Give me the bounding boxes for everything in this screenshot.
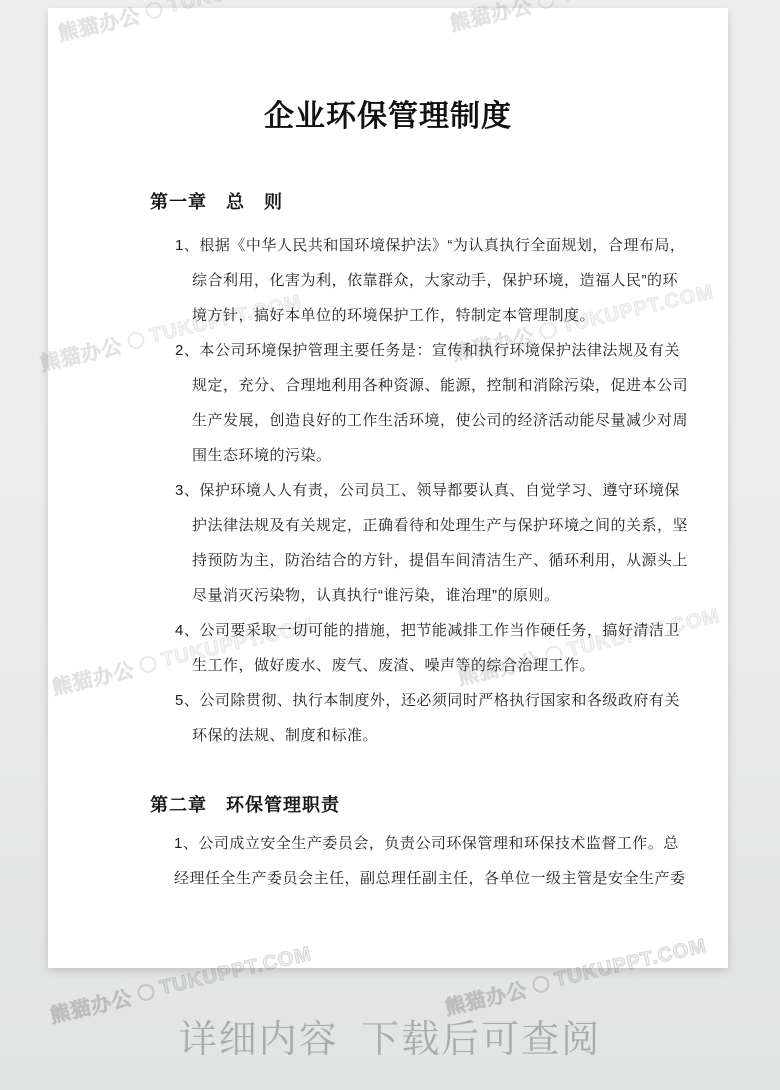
document-title: 企业环保管理制度: [48, 98, 728, 136]
document-page: 企业环保管理制度 第一章 总 则 1、根据《中华人民共和国环境保护法》“为认真执…: [48, 8, 728, 968]
list-item: 1、公司成立安全生产委员会，负责公司环保管理和环保技术监督工作。总 经理任全生产…: [48, 826, 728, 896]
list-item: 2、本公司环境保护管理主要任务是：宣传和执行环境保护法律法规及有关 规定，充分、…: [48, 333, 728, 473]
list-item: 4、公司要采取一切可能的措施，把节能减排工作当作硬任务，搞好清洁卫 生工作，做好…: [48, 613, 728, 683]
template-preview: { "watermark": { "brand": "熊猫办公", "site"…: [0, 0, 780, 1090]
text-line: 尽量消灭污染物，认真执行“谁污染，谁治理”的原则。: [192, 578, 728, 613]
panda-logo-icon: [136, 982, 156, 1002]
text-line: 环保的法规、制度和标准。: [192, 718, 728, 753]
list-item: 1、根据《中华人民共和国环境保护法》“为认真执行全面规划，合理布局， 综合利用，…: [48, 228, 728, 333]
chapter2-heading: 第二章 环保管理职责: [150, 793, 728, 817]
download-notice: 详细内容 下载后可查阅: [0, 1018, 780, 1062]
chapter1-items: 1、根据《中华人民共和国环境保护法》“为认真执行全面规划，合理布局， 综合利用，…: [48, 228, 728, 753]
chapter1-heading: 第一章 总 则: [150, 190, 728, 214]
watermark-brand: 熊猫办公: [442, 973, 530, 1020]
text-line: 生工作，做好废水、废气、废渣、噪声等的综合治理工作。: [192, 648, 728, 683]
text-line: 持预防为主，防治结合的方针，提倡车间清洁生产、循环利用，从源头上: [192, 543, 728, 578]
text-line: 2、本公司环境保护管理主要任务是：宣传和执行环境保护法律法规及有关: [175, 333, 728, 368]
text-line: 经理任全生产委员会主任，副总理任副主任，各单位一级主管是安全生产委: [174, 861, 728, 896]
text-line: 5、公司除贯彻、执行本制度外，还必须同时严格执行国家和各级政府有关: [175, 683, 728, 718]
text-line: 4、公司要采取一切可能的措施，把节能减排工作当作硬任务，搞好清洁卫: [175, 613, 728, 648]
text-line: 1、根据《中华人民共和国环境保护法》“为认真执行全面规划，合理布局，: [175, 228, 728, 263]
text-line: 规定，充分、合理地利用各种资源、能源，控制和消除污染，促进本公司: [192, 368, 728, 403]
chapter2-items: 1、公司成立安全生产委员会，负责公司环保管理和环保技术监督工作。总 经理任全生产…: [48, 826, 728, 896]
list-item: 5、公司除贯彻、执行本制度外，还必须同时严格执行国家和各级政府有关 环保的法规、…: [48, 683, 728, 753]
text-line: 3、保护环境人人有责，公司员工、领导都要认真、自觉学习、遵守环境保: [175, 473, 728, 508]
text-line: 境方针，搞好本单位的环境保护工作，特制定本管理制度。: [192, 298, 728, 333]
text-line: 生产发展，创造良好的工作生活环境，使公司的经济活动能尽量减少对周: [192, 403, 728, 438]
text-line: 1、公司成立安全生产委员会，负责公司环保管理和环保技术监督工作。总: [174, 826, 728, 861]
text-line: 围生态环境的污染。: [192, 438, 728, 473]
text-line: 护法律法规及有关规定，正确看待和处理生产与保护环境之间的关系，坚: [192, 508, 728, 543]
list-item: 3、保护环境人人有责，公司员工、领导都要认真、自觉学习、遵守环境保 护法律法规及…: [48, 473, 728, 613]
text-line: 综合利用，化害为利，依靠群众，大家动手，保护环境，造福人民”的环: [192, 263, 728, 298]
panda-logo-icon: [531, 974, 551, 994]
